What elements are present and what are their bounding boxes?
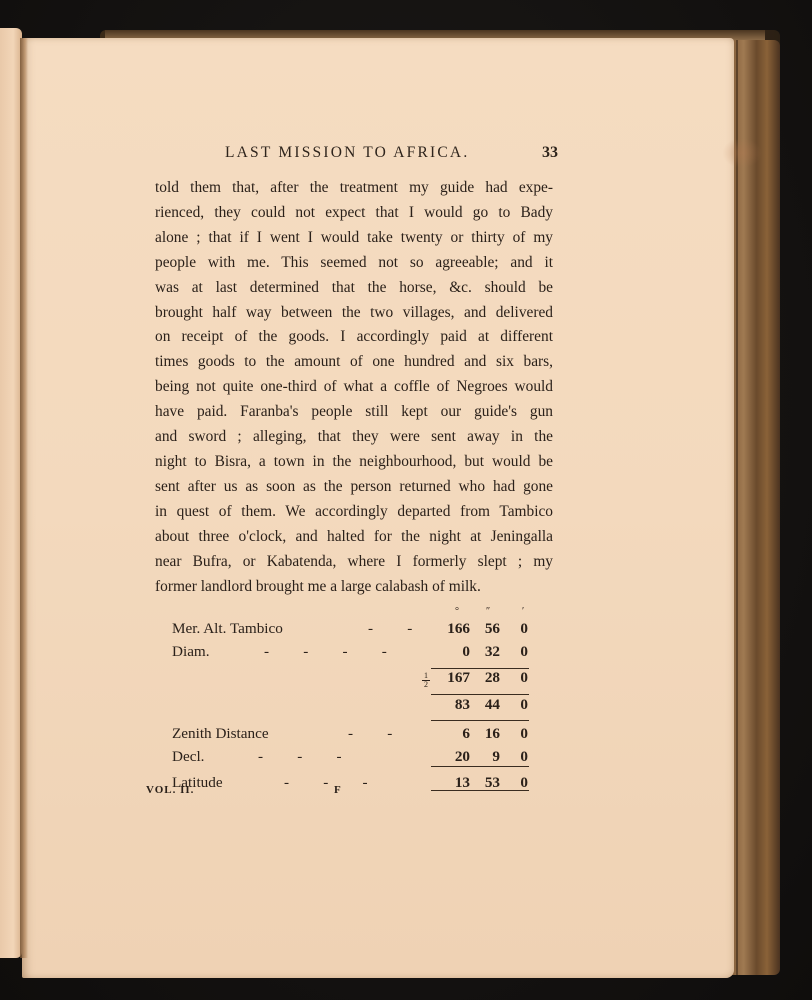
table-row-latitude: Latitude - - - 13 53 0 bbox=[172, 774, 532, 797]
half-rule bbox=[431, 694, 529, 695]
row-label: Decl. bbox=[172, 748, 204, 766]
row-label: Diam. bbox=[172, 643, 210, 661]
table-row-decl: Decl. - - - 20 9 0 bbox=[172, 748, 532, 771]
text-line: being not quite one-third of what a coff… bbox=[155, 375, 553, 400]
book-fore-edge bbox=[728, 40, 780, 975]
degrees-value: 0 bbox=[430, 643, 470, 661]
minutes-value: 16 bbox=[472, 725, 500, 743]
table-row-zenith: Zenith Distance - - 6 16 0 bbox=[172, 725, 532, 748]
text-line: people with me. This seemed not so agree… bbox=[155, 251, 553, 276]
body-text: told them that, after the treatment my g… bbox=[155, 176, 553, 599]
table-row-diam: Diam. - - - - 0 32 0 bbox=[172, 643, 532, 666]
seconds-value: 0 bbox=[506, 669, 528, 687]
latitude-rule bbox=[431, 766, 529, 767]
minute-mark: ″ bbox=[486, 606, 490, 617]
degrees-value: 167 bbox=[430, 669, 470, 687]
leader-dashes: - - - - bbox=[264, 643, 387, 661]
table-row-mer-alt: Mer. Alt. Tambico - - 166 56 0 bbox=[172, 620, 532, 643]
text-line: about three o'clock, and halted for the … bbox=[155, 525, 553, 550]
leader-dashes: - - - bbox=[258, 748, 342, 766]
text-line: on receipt of the goods. I accordingly p… bbox=[155, 325, 553, 350]
leader-dashes: - - bbox=[368, 620, 412, 638]
volume-signature: VOL. II. bbox=[146, 784, 194, 796]
text-line: sent after us as soon as the person retu… bbox=[155, 475, 553, 500]
text-line: near Bufra, or Kabatenda, where I former… bbox=[155, 550, 553, 575]
seconds-value: 0 bbox=[506, 725, 528, 743]
observation-table: ° ″ ′ Mer. Alt. Tambico - - 166 56 0 Dia… bbox=[172, 606, 532, 797]
table-row-half: 83 44 0 bbox=[172, 696, 532, 719]
minutes-value: 9 bbox=[472, 748, 500, 766]
page-number: 33 bbox=[542, 144, 558, 162]
text-line: in quest of them. We accordingly departe… bbox=[155, 500, 553, 525]
text-line: was at last determined that the horse, &… bbox=[155, 276, 553, 301]
degrees-value: 20 bbox=[430, 748, 470, 766]
minutes-value: 56 bbox=[472, 620, 500, 638]
degrees-value: 83 bbox=[430, 696, 470, 714]
gutter-shadow bbox=[20, 38, 28, 958]
bottom-rule bbox=[431, 790, 529, 791]
text-line: alone ; that if I went I would take twen… bbox=[155, 226, 553, 251]
facing-page-edge bbox=[0, 28, 22, 958]
seconds-value: 0 bbox=[506, 748, 528, 766]
text-line: told them that, after the treatment my g… bbox=[155, 176, 553, 201]
text-line: and sword ; alleging, that they were sen… bbox=[155, 425, 553, 450]
zenith-rule bbox=[431, 720, 529, 721]
text-line: have paid. Faranba's people still kept o… bbox=[155, 400, 553, 425]
unit-header: ° ″ ′ bbox=[172, 606, 532, 620]
leader-dashes: - - - bbox=[284, 774, 368, 792]
row-label: Zenith Distance bbox=[172, 725, 269, 743]
degree-mark: ° bbox=[455, 606, 459, 617]
seconds-value: 0 bbox=[506, 696, 528, 714]
minutes-value: 28 bbox=[472, 669, 500, 687]
degrees-value: 166 bbox=[430, 620, 470, 638]
text-line: rienced, they could not expect that I wo… bbox=[155, 201, 553, 226]
one-half-fraction: 1 2 bbox=[422, 672, 430, 689]
text-line: former landlord brought me a large calab… bbox=[155, 575, 553, 600]
minutes-value: 32 bbox=[472, 643, 500, 661]
seconds-value: 0 bbox=[506, 620, 528, 638]
running-head: LAST MISSION TO AFRICA. bbox=[225, 144, 565, 162]
text-line: times goods to the amount of one hundred… bbox=[155, 350, 553, 375]
foxing-stain bbox=[722, 138, 762, 168]
row-label: Mer. Alt. Tambico bbox=[172, 620, 283, 638]
gathering-mark: F bbox=[334, 784, 341, 796]
minutes-value: 44 bbox=[472, 696, 500, 714]
leader-dashes: - - bbox=[348, 725, 392, 743]
degrees-value: 6 bbox=[430, 725, 470, 743]
text-line: brought half way between the two village… bbox=[155, 301, 553, 326]
seconds-value: 0 bbox=[506, 643, 528, 661]
second-mark: ′ bbox=[522, 606, 524, 617]
text-line: night to Bisra, a town in the neighbourh… bbox=[155, 450, 553, 475]
table-row-sum: 1 2 167 28 0 bbox=[172, 669, 532, 692]
